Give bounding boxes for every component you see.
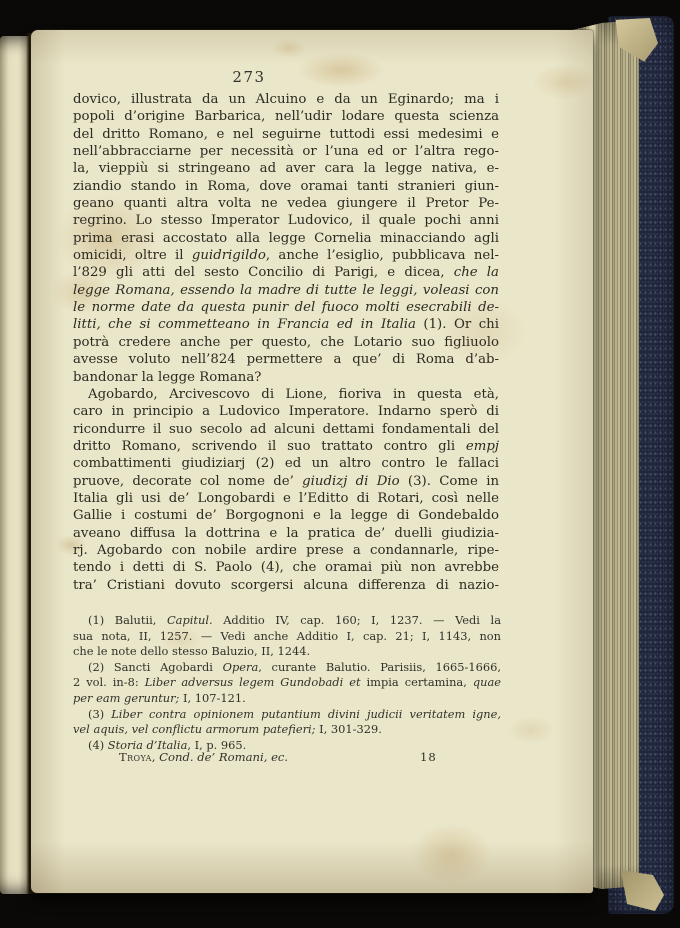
body-line: nell’abbracciarne per necessità or l’una… bbox=[73, 143, 499, 160]
text-run: litti, che si commetteano in Francia ed … bbox=[73, 317, 416, 332]
footnote-line: (3) Liber contra opinionem putantium div… bbox=[73, 707, 501, 723]
body-line: geano quanti altra volta ne vedea giunge… bbox=[73, 195, 499, 212]
text-run: (3). Come in bbox=[400, 474, 499, 489]
facing-page-edge bbox=[0, 36, 29, 894]
text-run: giudizj di Dio bbox=[302, 474, 399, 489]
body-line: regrino. Lo stesso Imperator Ludovico, i… bbox=[73, 212, 499, 229]
body-line: potrà credere anche per questo, che Lota… bbox=[73, 334, 499, 351]
text-run: impia certamina, bbox=[361, 675, 473, 689]
text-run: (3) bbox=[88, 707, 111, 721]
body-line: pruove, decorate col nome de’ giudizj di… bbox=[73, 473, 499, 490]
text-run: le norme date da questa punir del fuoco … bbox=[73, 300, 499, 315]
text-run: dovico, illustrata da un Alcuino e da un… bbox=[73, 92, 499, 107]
text-run: avesse voluto nell’824 permettere a que’… bbox=[73, 352, 499, 367]
text-run: Cond. de’ Romani, ec. bbox=[159, 750, 288, 764]
text-run: tra’ Cristiani dovuto scorgersi alcuna d… bbox=[73, 578, 499, 593]
text-run: combattimenti giudiziarj (2) ed un altro… bbox=[73, 456, 499, 471]
footnote-line: che le note dello stesso Baluzio, II, 12… bbox=[73, 644, 501, 660]
photo-background: 273 dovico, illustrata da un Alcuino e d… bbox=[0, 0, 680, 928]
text-run: Italia gli usi de’ Longobardi e l’Editto… bbox=[73, 491, 499, 506]
text-run: regrino. Lo stesso Imperator Ludovico, i… bbox=[73, 213, 499, 228]
text-run: Agobardo, Arcivescovo di Lione, fioriva … bbox=[88, 387, 499, 402]
text-run: aveano diffusa la dottrina e la pratica … bbox=[73, 526, 499, 541]
text-run: caro in principio a Ludovico Imperatore.… bbox=[73, 404, 499, 419]
book-page: 273 dovico, illustrata da un Alcuino e d… bbox=[31, 30, 593, 893]
text-run: l’829 gli atti del sesto Concilio di Par… bbox=[73, 265, 454, 280]
body-line: la, vieppiù si stringeano ad aver cara l… bbox=[73, 160, 499, 177]
text-run: bandonar la legge Romana? bbox=[73, 370, 261, 385]
text-run: Gallie i costumi de’ Borgognoni e la leg… bbox=[73, 508, 499, 523]
body-line: tra’ Cristiani dovuto scorgersi alcuna d… bbox=[73, 577, 499, 594]
text-run: Additio IV, cap. 160; I, 1237. — Vedi la bbox=[213, 613, 501, 627]
text-run: ziandio stando in Roma, dove oramai tant… bbox=[73, 179, 499, 194]
body-line: l’829 gli atti del sesto Concilio di Par… bbox=[73, 264, 499, 281]
text-run: Liber contra opinionem putantium divini … bbox=[111, 707, 501, 721]
text-run: , anche l’esiglio, pubblicava nel- bbox=[266, 248, 499, 263]
text-run: la, vieppiù si stringeano ad aver cara l… bbox=[73, 161, 499, 176]
body-line: legge Romana, essendo la madre di tutte … bbox=[73, 282, 499, 299]
text-run: Troya bbox=[119, 750, 152, 764]
body-line: caro in principio a Ludovico Imperatore.… bbox=[73, 403, 499, 420]
body-line: del dritto Romano, e nel seguirne tuttod… bbox=[73, 126, 499, 143]
body-line: dritto Romano, scrivendo il suo trattato… bbox=[73, 438, 499, 455]
text-run: (1). Or chi bbox=[416, 317, 499, 332]
footnote-line: 2 vol. in-8: Liber adversus legem Gundob… bbox=[73, 675, 501, 691]
body-line: combattimenti giudiziarj (2) ed un altro… bbox=[73, 455, 499, 472]
body-line: avesse voluto nell’824 permettere a que’… bbox=[73, 351, 499, 368]
body-line: ricondurre il suo secolo ad alcuni detta… bbox=[73, 421, 499, 438]
body-line: prima erasi accostato alla legge Corneli… bbox=[73, 230, 499, 247]
body-line: ziandio stando in Roma, dove oramai tant… bbox=[73, 178, 499, 195]
text-run: empj bbox=[466, 439, 499, 454]
text-run: nell’abbracciarne per necessità or l’una… bbox=[73, 144, 499, 159]
text-run: , curante Balutio. Parisiis, 1665-1666, bbox=[258, 660, 501, 674]
text-run: 2 vol. in-8: bbox=[73, 675, 145, 689]
text-run: che la bbox=[454, 265, 499, 280]
text-run: pruove, decorate col nome de’ bbox=[73, 474, 302, 489]
text-run: geano quanti altra volta ne vedea giunge… bbox=[73, 196, 499, 211]
body-line: Italia gli usi de’ Longobardi e l’Editto… bbox=[73, 490, 499, 507]
text-run: legge Romana, essendo la madre di tutte … bbox=[73, 283, 499, 298]
text-run: Liber adversus legem Gundobadi et bbox=[145, 675, 361, 689]
bottom-left-shadow bbox=[0, 870, 260, 928]
text-run: dritto Romano, scrivendo il suo trattato… bbox=[73, 439, 466, 454]
body-line: aveano diffusa la dottrina e la pratica … bbox=[73, 525, 499, 542]
text-run: per eam geruntur; bbox=[73, 691, 179, 705]
text-run: rj. Agobardo con nobile ardire prese a c… bbox=[73, 543, 499, 558]
body-line: tendo i detti di S. Paolo (4), che orama… bbox=[73, 559, 499, 576]
signature-mark: 18 bbox=[420, 750, 437, 764]
text-run: popoli d’origine Barbarica, nell’udir lo… bbox=[73, 109, 499, 124]
footer-line: Troya, Cond. de’ Romani, ec. bbox=[119, 750, 288, 764]
text-run: omicidi, oltre il bbox=[73, 248, 192, 263]
body-line: Gallie i costumi de’ Borgognoni e la leg… bbox=[73, 507, 499, 524]
text-run: potrà credere anche per questo, che Lota… bbox=[73, 335, 499, 350]
footnote-line: (1) Balutii, Capitul. Additio IV, cap. 1… bbox=[73, 613, 501, 629]
text-run: sua nota, II, 1257. — Vedi anche Additio… bbox=[73, 629, 501, 643]
footnote-line: per eam geruntur; I, 107-121. bbox=[73, 691, 501, 707]
text-run: vel aquis, vel conflictu armorum patefie… bbox=[73, 722, 316, 736]
body-line: litti, che si commetteano in Francia ed … bbox=[73, 316, 499, 333]
footnotes: (1) Balutii, Capitul. Additio IV, cap. 1… bbox=[73, 613, 501, 753]
body-line: omicidi, oltre il guidrigildo, anche l’e… bbox=[73, 247, 499, 264]
footnote-line: vel aquis, vel conflictu armorum patefie… bbox=[73, 722, 501, 738]
text-run: I, 301-329. bbox=[316, 722, 382, 736]
body-line: Agobardo, Arcivescovo di Lione, fioriva … bbox=[73, 386, 499, 403]
book-photo: { "colors": { "background": "#0b0908", "… bbox=[0, 0, 680, 928]
text-run: prima erasi accostato alla legge Corneli… bbox=[73, 231, 499, 246]
text-run: ricondurre il suo secolo ad alcuni detta… bbox=[73, 422, 499, 437]
body-text: dovico, illustrata da un Alcuino e da un… bbox=[73, 91, 499, 594]
footer-title: Troya, Cond. de’ Romani, ec. bbox=[119, 750, 288, 764]
body-line: rj. Agobardo con nobile ardire prese a c… bbox=[73, 542, 499, 559]
text-run: (2) Sancti Agobardi bbox=[88, 660, 223, 674]
text-run: del dritto Romano, e nel seguirne tuttod… bbox=[73, 127, 499, 142]
text-run: che le note dello stesso Baluzio, II, 12… bbox=[73, 644, 310, 658]
page-number: 273 bbox=[225, 68, 273, 86]
footnote-line: (2) Sancti Agobardi Opera, curante Balut… bbox=[73, 660, 501, 676]
footnote-line: sua nota, II, 1257. — Vedi anche Additio… bbox=[73, 629, 501, 645]
body-line: dovico, illustrata da un Alcuino e da un… bbox=[73, 91, 499, 108]
text-run: tendo i detti di S. Paolo (4), che orama… bbox=[73, 560, 499, 575]
footer: Troya, Cond. de’ Romani, ec. 18 bbox=[73, 750, 501, 768]
body-line: popoli d’origine Barbarica, nell’udir lo… bbox=[73, 108, 499, 125]
text-run: Opera bbox=[223, 660, 259, 674]
body-line: le norme date da questa punir del fuoco … bbox=[73, 299, 499, 316]
text-run: (1) Balutii, bbox=[88, 613, 167, 627]
text-run: guidrigildo bbox=[192, 248, 266, 263]
text-run: I, 107-121. bbox=[179, 691, 245, 705]
body-line: bandonar la legge Romana? bbox=[73, 369, 499, 386]
text-run: Capitul. bbox=[167, 613, 213, 627]
text-run: quae bbox=[473, 675, 501, 689]
